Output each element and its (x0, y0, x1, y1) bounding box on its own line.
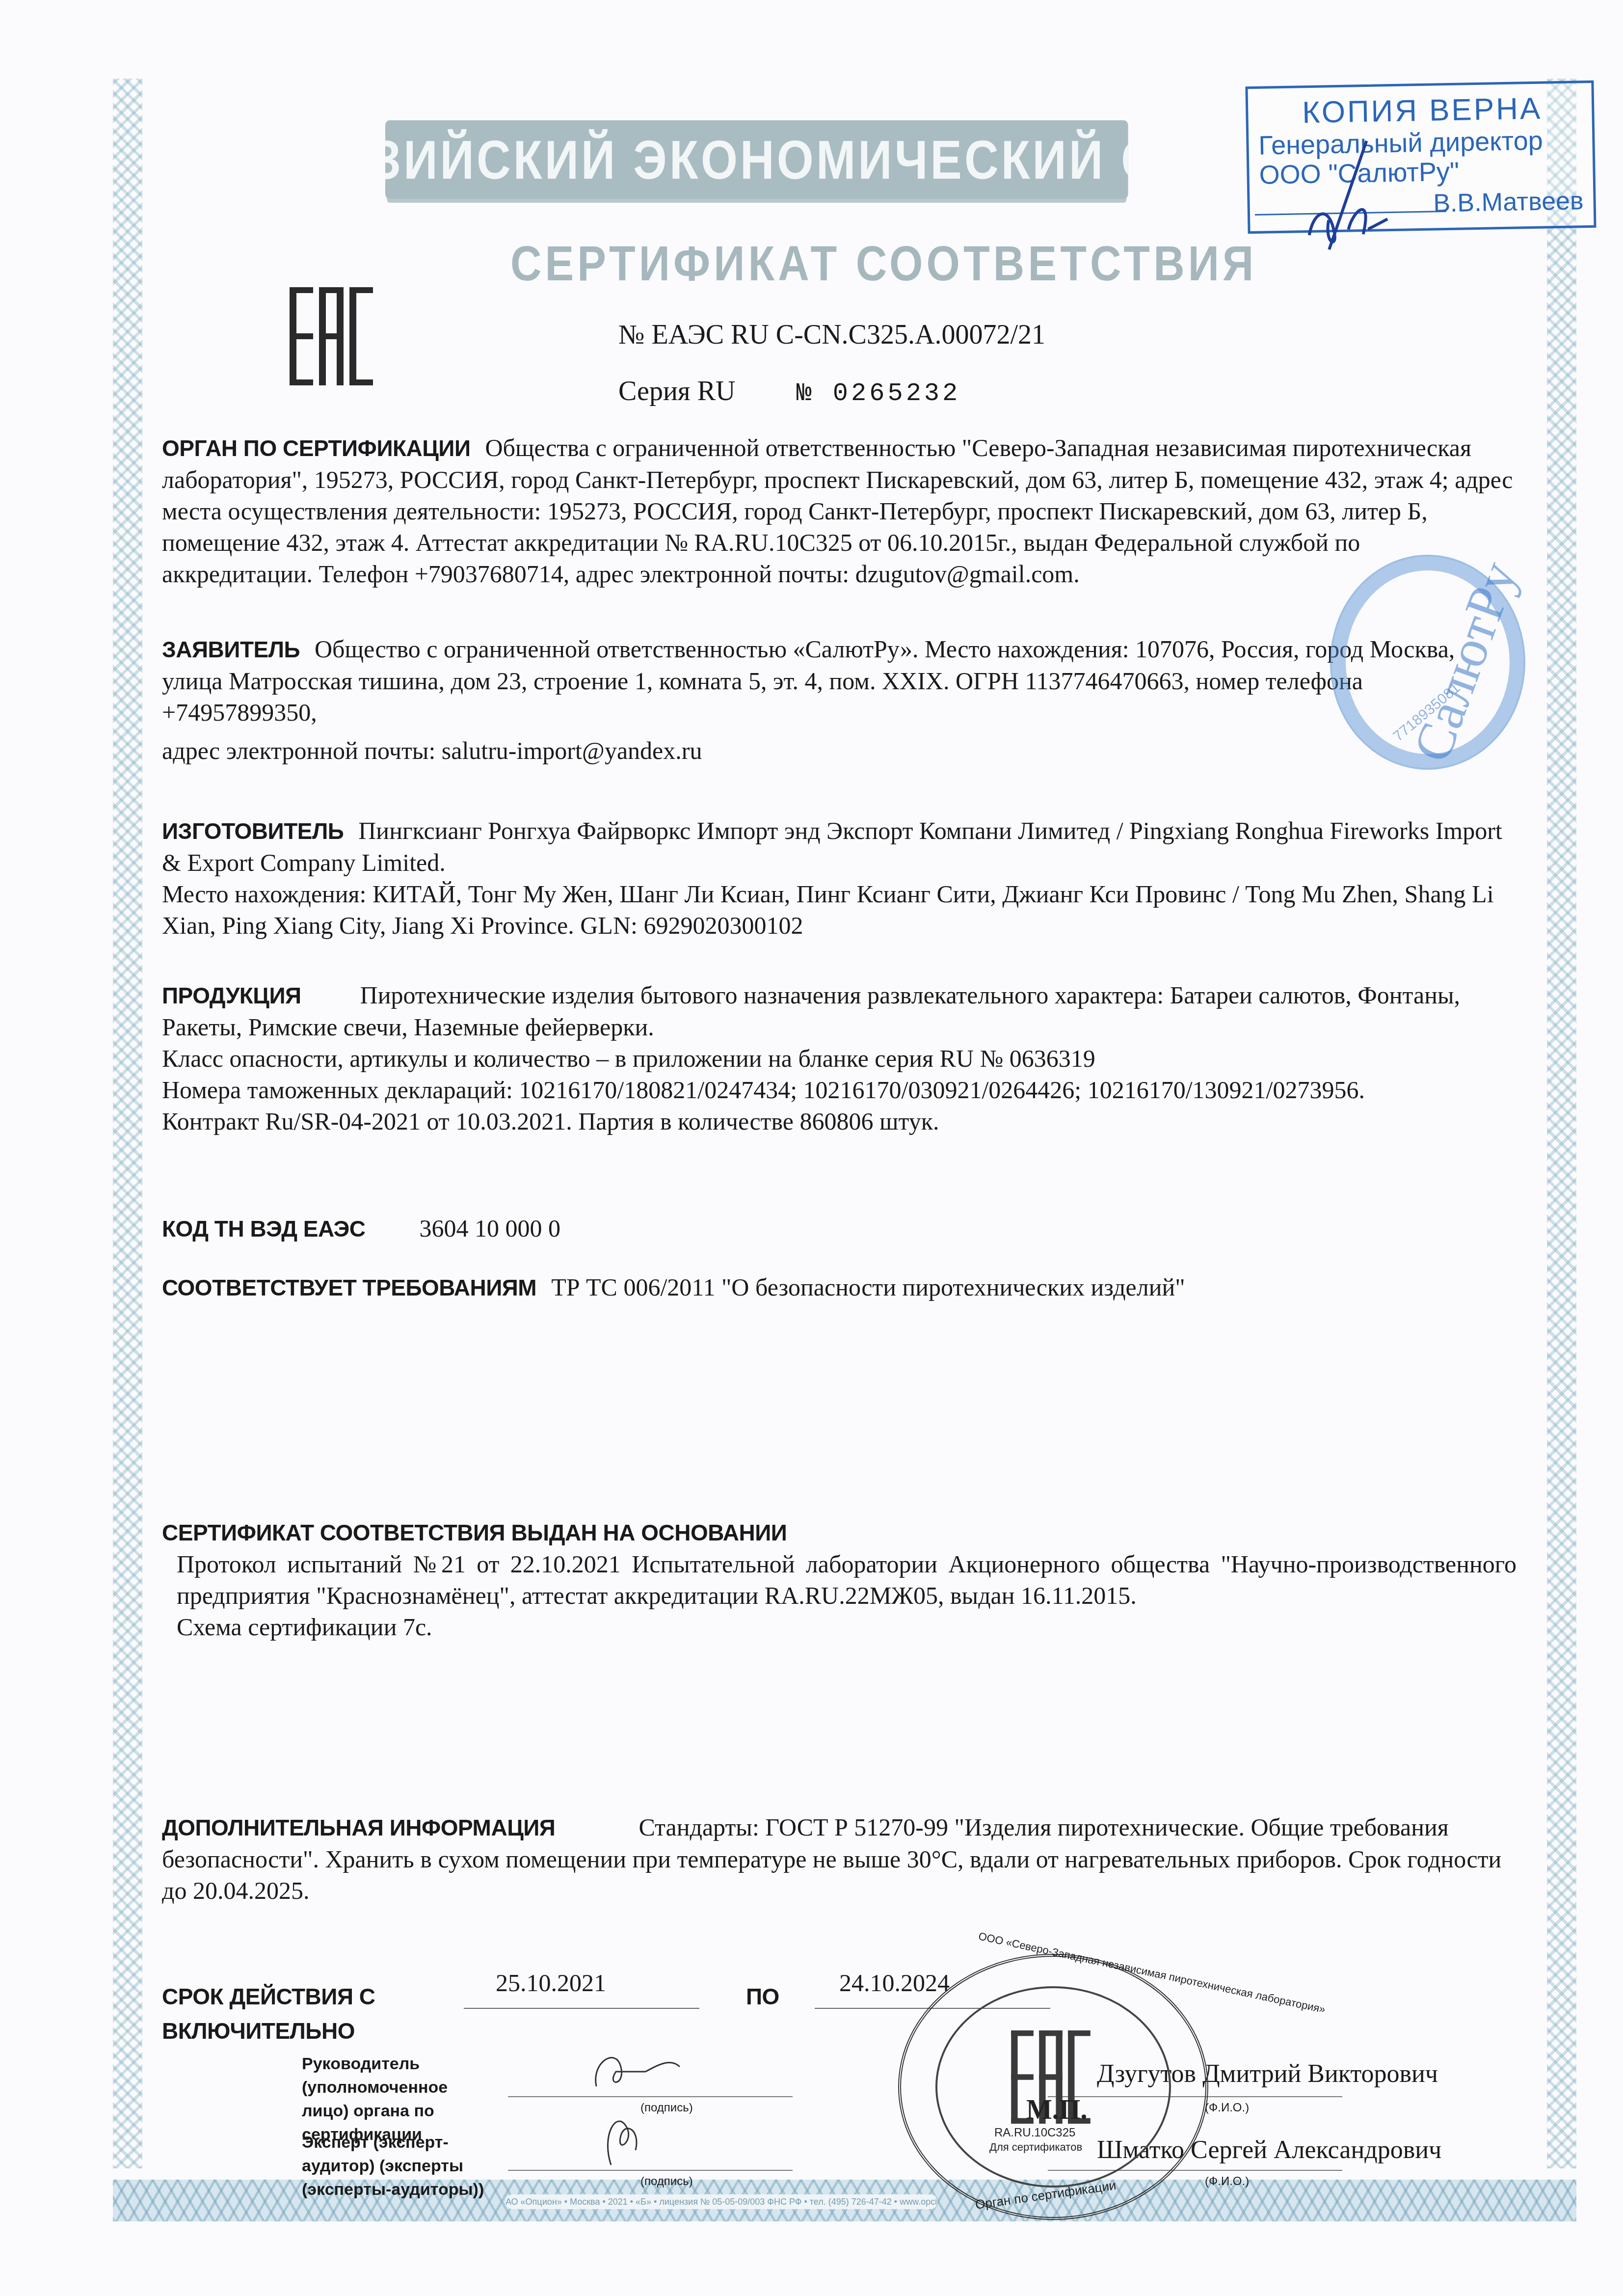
product-annex: Класс опасности, артикулы и количество –… (162, 1043, 1517, 1074)
expert-signature-line (508, 2170, 793, 2171)
conformity-regulation: ТР ТС 006/2011 "О безопасности пиротехни… (551, 1273, 1185, 1301)
tnved-label: КОД ТН ВЭД ЕАЭС (162, 1216, 365, 1242)
seal-purpose: Для сертификатов (989, 2141, 1082, 2154)
seal-registration: RA.RU.10C325 (994, 2126, 1075, 2140)
applicant-company-stamp: СалютРу 7718935081 (1330, 555, 1525, 770)
union-banner: ЕВРАЗИЙСКИЙ ЭКОНОМИЧЕСКИЙ СОЮЗ (385, 120, 1128, 199)
basis-label: СЕРТИФИКАТ СООТВЕТСТВИЯ ВЫДАН НА ОСНОВАН… (162, 1517, 1502, 1548)
certification-body-section: ОРГАН ПО СЕРТИФИКАЦИИОбщества с ограниче… (162, 432, 1517, 590)
certification-body-label: ОРГАН ПО СЕРТИФИКАЦИИ (162, 435, 470, 461)
conformity-section: СООТВЕТСТВУЕТ ТРЕБОВАНИЯМТР ТС 006/2011 … (162, 1271, 1517, 1303)
expert-fio-caption: (Ф.И.О.) (1205, 2175, 1249, 2188)
product-customs-declarations: Номера таможенных деклараций: 10216170/1… (162, 1074, 1517, 1106)
manufacturer-location: Место нахождения: КИТАЙ, Тонг Му Жен, Ша… (162, 878, 1517, 941)
blank-series: Серия RU № 0265232 (618, 376, 960, 408)
expert-signature-icon (596, 2106, 655, 2170)
basis-protocol: Протокол испытаний №21 от 22.10.2021 Исп… (162, 1548, 1517, 1611)
validity-label: СРОК ДЕЙСТВИЯ С (162, 1983, 375, 2010)
seal-mp: М.П. (1026, 2094, 1087, 2126)
blank-number: № 0265232 (796, 379, 960, 408)
security-border-left (113, 79, 142, 2168)
conformity-label: СООТВЕТСТВУЕТ ТРЕБОВАНИЯМ (162, 1275, 536, 1300)
applicant-text: Общество с ограниченной ответственностью… (162, 635, 1455, 726)
validity-from-date: 25.10.2021 (496, 1969, 606, 1997)
product-label: ПРОДУКЦИЯ (162, 983, 301, 1008)
additional-info-label: ДОПОЛНИТЕЛЬНАЯ ИНФОРМАЦИЯ (162, 1815, 555, 1840)
manufacturer-label: ИЗГОТОВИТЕЛЬ (162, 818, 344, 844)
basis-section: СЕРТИФИКАТ СООТВЕТСТВИЯ ВЫДАН НА ОСНОВАН… (162, 1517, 1517, 1643)
director-signature-icon (1293, 135, 1403, 265)
validity-period: СРОК ДЕЙСТВИЯ С ВКЛЮЧИТЕЛЬНО 25.10.2021 … (162, 1969, 1536, 2042)
validity-from-line (464, 2008, 699, 2009)
eac-logo-icon (290, 287, 373, 385)
validity-to-date: 24.10.2024 (839, 1969, 950, 1997)
expert-role: Эксперт (эксперт-аудитор) (эксперты (экс… (302, 2131, 508, 2201)
head-signature-icon (586, 2042, 685, 2096)
printer-imprint: АО «Опцион» • Москва • 2021 • «Б» • лице… (506, 2194, 937, 2209)
copy-certified-stamp: КОПИЯ ВЕРНА Генеральный директор ООО "Са… (1245, 81, 1596, 234)
product-description: Пиротехнические изделия бытового назначе… (162, 981, 1460, 1041)
head-fio-caption: (Ф.И.О.) (1205, 2101, 1249, 2115)
series-value: RU (697, 376, 736, 406)
tnved-code: 3604 10 000 0 (419, 1215, 560, 1242)
applicant-section: ЗАЯВИТЕЛЬОбщество с ограниченной ответст… (162, 633, 1517, 766)
manufacturer-section: ИЗГОТОВИТЕЛЬПингксианг Ронгхуа Файрворкс… (162, 815, 1517, 941)
product-contract: Контракт Ru/SR-04-2021 от 10.03.2021. Па… (162, 1106, 1517, 1137)
basis-scheme: Схема сертификации 7с. (162, 1611, 1517, 1643)
series-label: Серия (618, 376, 691, 406)
certificate-title: СЕРТИФИКАТ СООТВЕТСТВИЯ (510, 236, 1124, 292)
head-signature-line (508, 2096, 793, 2097)
validity-to-label: ПО (746, 1983, 779, 2010)
applicant-email: адрес электронной почты: salutru-import@… (162, 735, 1517, 766)
expert-signature-caption: (подпись) (640, 2175, 693, 2188)
security-border-right (1547, 79, 1576, 2168)
manufacturer-name: Пингксианг Ронгхуа Файрворкс Импорт энд … (162, 817, 1502, 876)
certificate-number: № ЕАЭС RU C-CN.C325.A.00072/21 (618, 319, 1045, 351)
additional-info-section: ДОПОЛНИТЕЛЬНАЯ ИНФОРМАЦИЯСтандарты: ГОСТ… (162, 1811, 1517, 1906)
tnved-section: КОД ТН ВЭД ЕАЭС3604 10 000 0 (162, 1213, 1517, 1244)
copy-stamp-signer: В.В.Матвеев (1433, 186, 1584, 218)
copy-stamp-title: КОПИЯ ВЕРНА (1302, 91, 1543, 131)
certification-body-seal: ООО «Северо-Западная независимая пиротех… (898, 1954, 1208, 2220)
product-section: ПРОДУКЦИЯПиротехнические изделия бытовог… (162, 979, 1517, 1137)
validity-inclusive-label: ВКЛЮЧИТЕЛЬНО (162, 2018, 355, 2044)
applicant-label: ЗАЯВИТЕЛЬ (162, 637, 300, 662)
